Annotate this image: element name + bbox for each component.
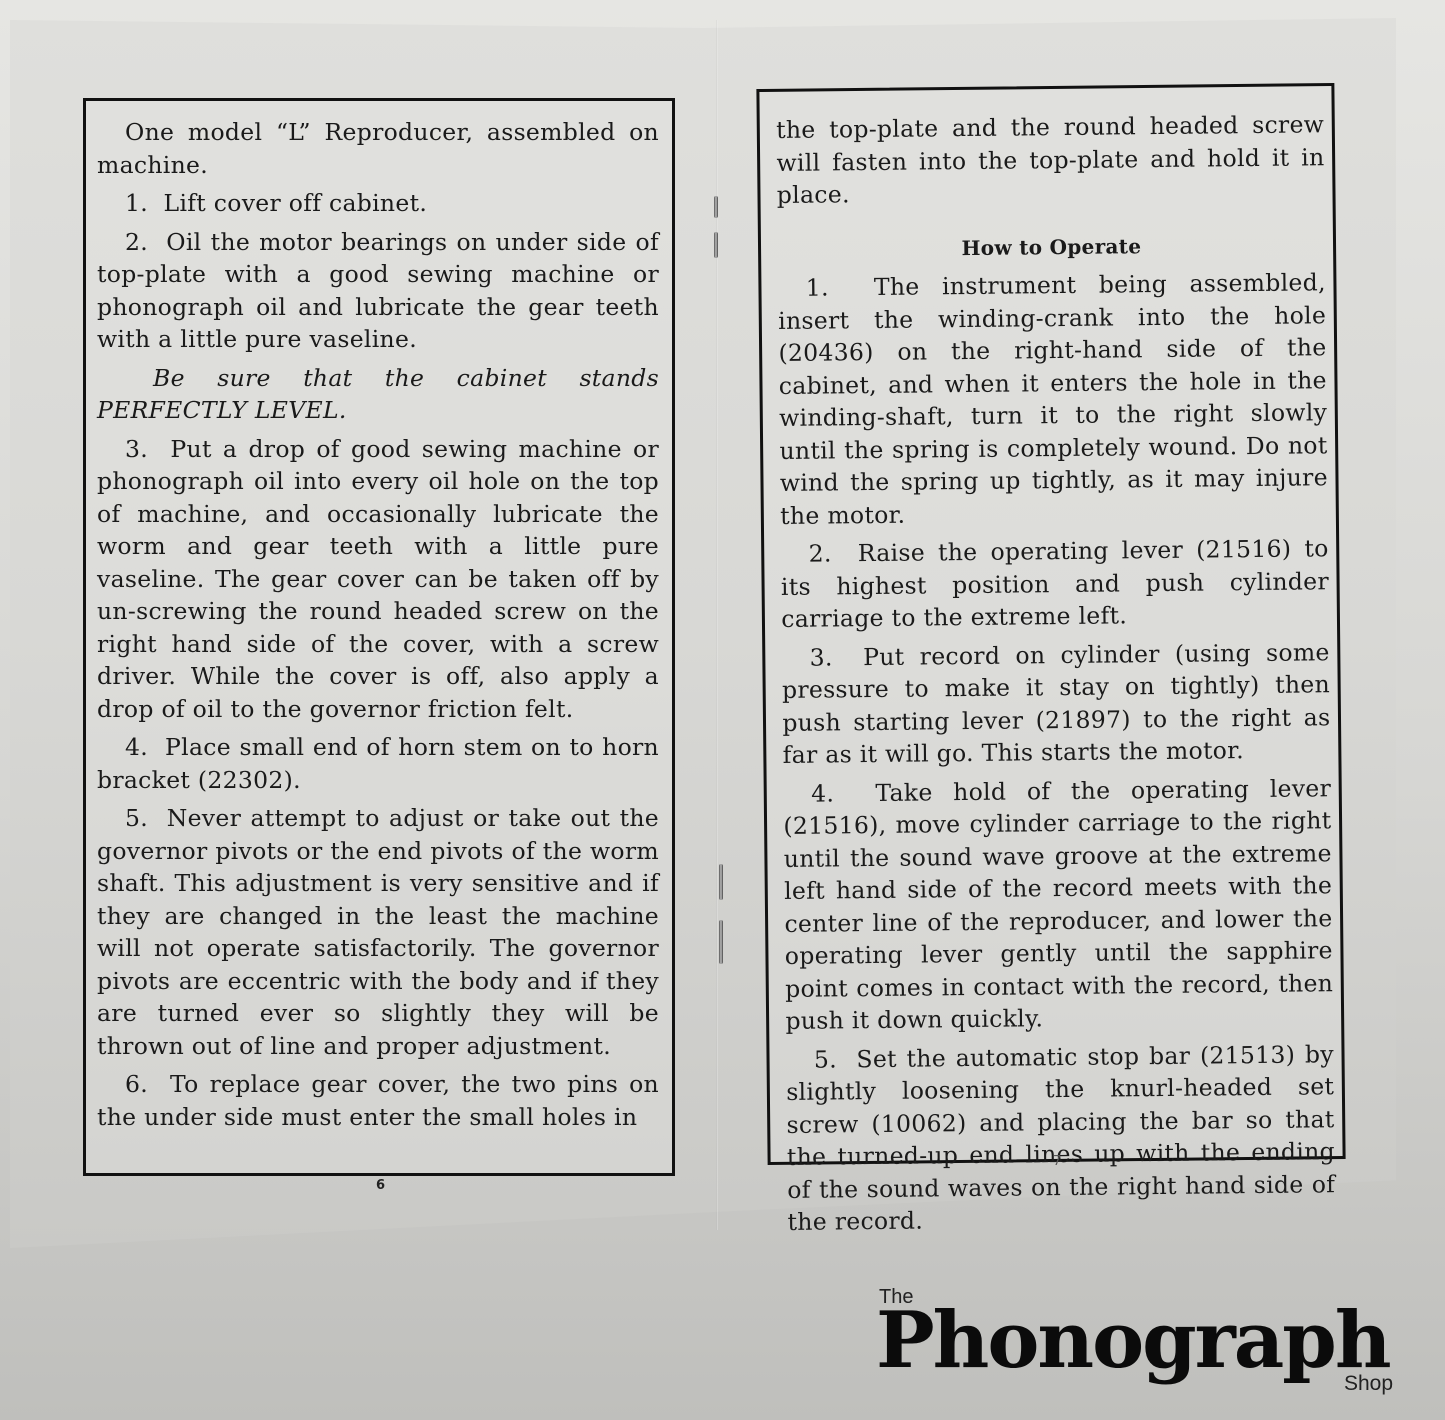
staple-bottom-1	[719, 864, 723, 900]
intro-paragraph: One model “L” Reproducer, assembled on m…	[97, 116, 659, 181]
operate-step-4: 4. Take hold of the operating lever (215…	[783, 772, 1334, 1038]
operate-step-5: 5. Set the automatic stop bar (21513) by…	[786, 1038, 1336, 1239]
staple-top-1	[714, 196, 718, 218]
level-warning: Be sure that the cabinet stands PERFECTL…	[97, 362, 659, 427]
continuation-paragraph: the top-plate and the round headed screw…	[776, 108, 1325, 211]
right-page-text: the top-plate and the round headed screw…	[776, 108, 1336, 1244]
page-number-right: 7	[1053, 1154, 1061, 1169]
step-1-paragraph: 1. Lift cover off cabinet.	[97, 187, 659, 220]
left-page-text: One model “L” Reproducer, assembled on m…	[97, 116, 659, 1139]
operate-step-1: 1. The instrument being assembled, inser…	[778, 266, 1329, 532]
staple-top-2	[714, 232, 718, 258]
section-heading: How to Operate	[777, 228, 1325, 266]
logo-name: Phonograph	[876, 1296, 1390, 1386]
operate-step-2: 2. Raise the operating lever (21516) to …	[780, 532, 1329, 635]
step-5-paragraph: 5. Never attempt to adjust or take out t…	[97, 802, 659, 1062]
watermark-logo: The Phonograph Shop	[876, 1286, 1406, 1406]
step-2-paragraph: 2. Oil the motor bearings on under side …	[97, 226, 659, 356]
step-6-paragraph: 6. To replace gear cover, the two pins o…	[97, 1068, 659, 1133]
staple-bottom-2	[719, 920, 723, 964]
logo-suffix: Shop	[1344, 1372, 1393, 1396]
operate-step-3: 3. Put record on cylinder (using some pr…	[782, 636, 1331, 772]
step-4-paragraph: 4. Place small end of horn stem on to ho…	[97, 731, 659, 796]
step-3-paragraph: 3. Put a drop of good sewing machine or …	[97, 433, 659, 726]
page-number-left: 6	[376, 1178, 385, 1193]
